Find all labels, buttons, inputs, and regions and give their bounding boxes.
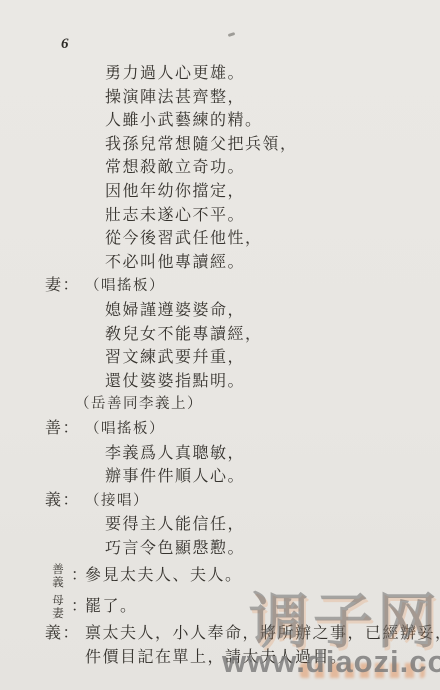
- line-text: 李義爲人真聰敏，: [105, 445, 245, 462]
- line-text: 壯志未遂心不平。: [105, 207, 245, 224]
- line-text: 辦事件件順人心。: [105, 468, 245, 485]
- line-text: 媳婦謹遵婆婆命，: [105, 302, 245, 319]
- speaker-label: 善: [45, 564, 71, 577]
- speaker-label: 母: [45, 595, 71, 608]
- line-text: 人雖小武藝練的精。: [105, 112, 263, 129]
- line-text: 還仗婆婆指點明。: [105, 373, 245, 390]
- line-text: 罷了。: [85, 598, 138, 615]
- line-text: 要得主人能信任，: [105, 516, 245, 533]
- speaker-label: 義: [45, 577, 71, 590]
- line-text: 操演陣法甚齊整，: [105, 89, 245, 106]
- line-text: 不必叫他專讀經。: [105, 254, 245, 271]
- line-text: 勇力過人心更雄。: [105, 65, 245, 82]
- script-line: 要得主人能信任，: [45, 513, 436, 537]
- speaker-label: 義：: [45, 622, 85, 646]
- stage-note: （接唱）: [85, 493, 149, 509]
- script-line: 不必叫他專讀經。: [45, 251, 436, 275]
- speaker-label: 善：: [45, 417, 85, 441]
- line-text: 因他年幼你擋定，: [105, 183, 245, 200]
- script-line: 從今後習武任他性，: [45, 227, 436, 251]
- page-number: 6: [61, 36, 69, 53]
- scan-speck: [228, 32, 236, 37]
- script-line: 我孫兒常想隨父把兵領，: [45, 133, 436, 157]
- line-text: 常想殺敵立奇功。: [105, 159, 245, 176]
- speaker-label-stack: 善義: [45, 564, 71, 589]
- stage-note: （唱搖板）: [85, 421, 165, 437]
- line-text: 參見太夫人、夫人。: [85, 567, 243, 584]
- script-line: 敎兒女不能專讀經，: [45, 323, 436, 347]
- script-line: 巧言令色顯慇懃。: [45, 537, 436, 561]
- script-line: 因他年幼你擋定，: [45, 180, 436, 204]
- line-text: 巧言令色顯慇懃。: [105, 540, 245, 557]
- script-line: 習文練武要幷重，: [45, 346, 436, 370]
- script-line: （岳善同李義上）: [45, 393, 436, 417]
- stage-note: （唱搖板）: [85, 278, 165, 294]
- line-text: 敎兒女不能專讀經，: [105, 326, 263, 343]
- script-line: 妻：（唱搖板）: [45, 274, 436, 299]
- script-line: 李義爲人真聰敏，: [45, 442, 436, 466]
- script-line: 還仗婆婆指點明。: [45, 370, 436, 394]
- speaker-label: 妻: [45, 608, 71, 621]
- script-line: 壯志未遂心不平。: [45, 204, 436, 228]
- speaker-colon: ：: [71, 560, 85, 591]
- script-line: 操演陣法甚齊整，: [45, 86, 436, 110]
- watermark-url: www.diaozi.com: [222, 644, 440, 680]
- script-line: 人雖小武藝練的精。: [45, 109, 436, 133]
- scanned-page: 6 勇力過人心更雄。操演陣法甚齊整，人雖小武藝練的精。我孫兒常想隨父把兵領，常想…: [0, 0, 440, 690]
- script-line: 善：（唱搖板）: [45, 417, 436, 442]
- line-text: 習文練武要幷重，: [105, 349, 245, 366]
- speaker-label: 妻：: [45, 274, 85, 298]
- speaker-label-stack: 母妻: [45, 595, 71, 620]
- line-text: 從今後習武任他性，: [105, 230, 263, 247]
- script-line: 媳婦謹遵婆婆命，: [45, 299, 436, 323]
- script-line: 辦事件件順人心。: [45, 465, 436, 489]
- line-text: 我孫兒常想隨父把兵領，: [105, 136, 298, 153]
- line-text: （岳善同李義上）: [75, 396, 203, 412]
- script-line: 勇力過人心更雄。: [45, 62, 436, 86]
- script-line: 常想殺敵立奇功。: [45, 156, 436, 180]
- script-line: 義：（接唱）: [45, 489, 436, 514]
- speaker-colon: ：: [71, 591, 85, 622]
- speaker-label: 義：: [45, 489, 85, 513]
